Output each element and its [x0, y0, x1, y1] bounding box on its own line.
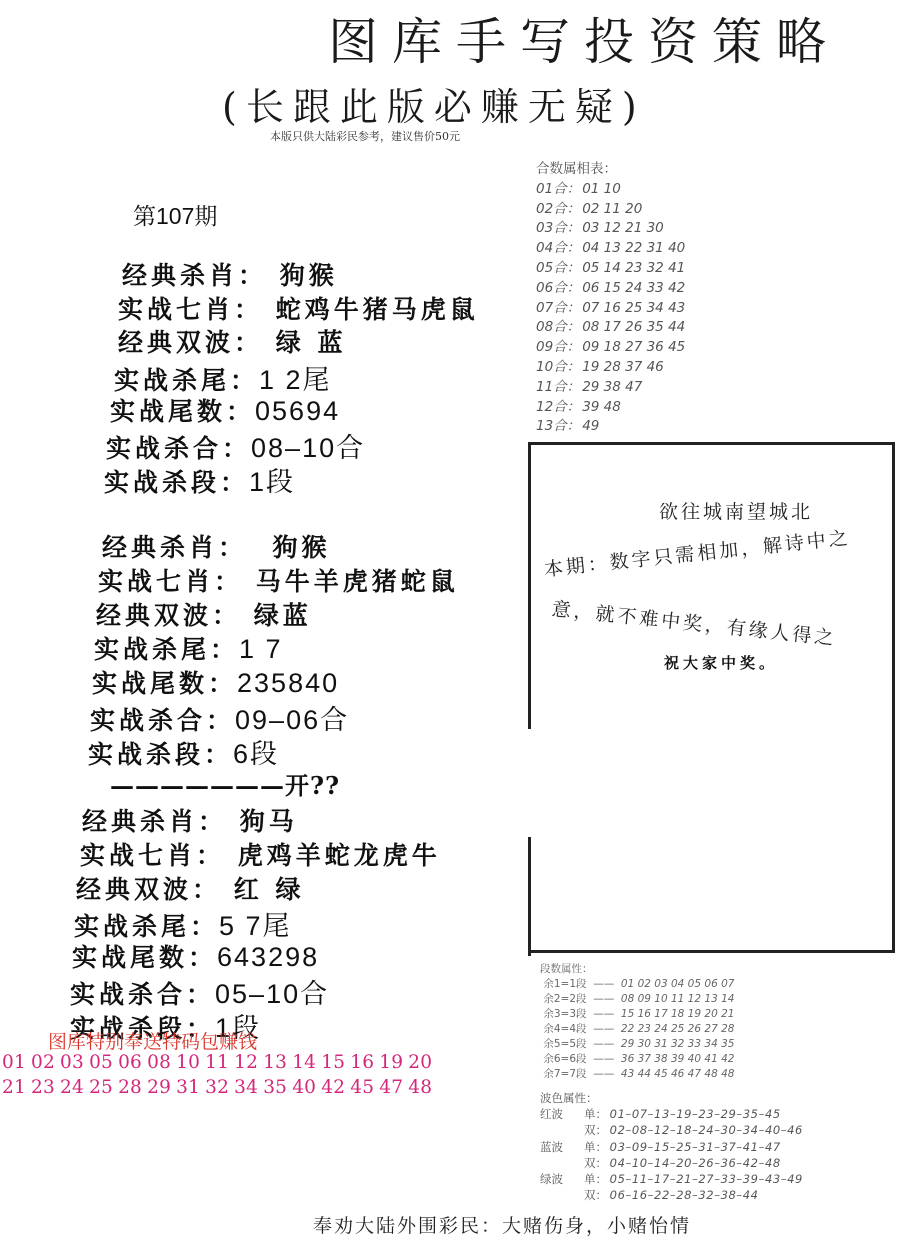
row-label: 实战杀合： [90, 706, 235, 735]
wave-row: 红波单： 01–07–13–19–23–29–35–45 [540, 1106, 803, 1122]
row-value: 1 2尾 [259, 365, 332, 395]
row-nums: 29 38 47 [582, 379, 642, 395]
row-label: 经典杀肖： [102, 533, 247, 562]
poem-line-1: 欲往城南望城北 [659, 497, 813, 524]
row-key: 余1=1段 [543, 978, 586, 990]
wave-type: 双： [584, 1187, 606, 1203]
row-nums: 03 12 21 30 [582, 220, 664, 236]
he-table-row: 01合：01 10 [536, 180, 687, 200]
block3-row-seven-zodiac: 实战七肖： 虎鸡羊蛇龙虎牛 [80, 836, 441, 872]
row-key: 余2=2段 [543, 993, 586, 1005]
wave-type: 单： [584, 1171, 606, 1187]
row-nums: 09 18 27 36 45 [582, 339, 685, 355]
segment-table: 段数属性： 余1=1段 —— 01 02 03 04 05 06 07 余2=2… [540, 962, 734, 1082]
row-nums: 08 09 10 11 12 13 14 [621, 993, 735, 1005]
block1-row-seven-zodiac: 实战七肖： 蛇鸡牛猪马虎鼠 [118, 290, 479, 326]
wave-type: 双： [584, 1122, 606, 1138]
row-label: 经典双波： [96, 601, 241, 630]
segment-table-title: 段数属性： [540, 962, 734, 977]
row-key: 12合： [536, 399, 580, 415]
row-sep: —— [593, 1068, 614, 1080]
row-nums: 08 17 26 35 44 [582, 319, 685, 335]
row-label: 实战杀合： [70, 980, 215, 1009]
row-key: 余6=6段 [543, 1053, 586, 1065]
segment-row: 余7=7段 —— 43 44 45 46 47 48 48 [540, 1067, 734, 1082]
promo-codes-line-2: 21 23 24 25 28 29 31 32 34 35 40 42 45 4… [2, 1077, 432, 1098]
promo-title: 图库特别奉送特码包赚钱 [48, 1027, 257, 1054]
he-table-row: 12合：39 48 [536, 398, 687, 418]
row-nums: 05 14 23 32 41 [582, 260, 685, 276]
row-value: 马牛羊虎猪蛇鼠 [256, 567, 459, 596]
he-table-row: 06合：06 15 24 33 42 [536, 279, 687, 299]
row-sep: —— [593, 1023, 614, 1035]
wave-row: 蓝波单： 03–09–15–25–31–37–41–47 [540, 1139, 803, 1155]
row-value: 1 7 [239, 634, 283, 664]
segment-row: 余1=1段 —— 01 02 03 04 05 06 07 [540, 977, 734, 992]
row-key: 06合： [536, 280, 580, 296]
block2-row-kill-zodiac: 经典杀肖： 狗猴 [102, 528, 330, 564]
wave-name: 蓝波 [540, 1139, 584, 1155]
row-label: 实战尾数： [92, 669, 237, 698]
row-value: 1段 [249, 467, 295, 497]
wave-type: 双： [584, 1155, 606, 1171]
row-nums: 01 02 03 04 05 06 07 [621, 978, 735, 990]
row-nums: 43 44 45 46 47 48 48 [621, 1068, 735, 1080]
row-value: 05–10合 [215, 979, 329, 1009]
disclaimer-text: 本版只供大陆彩民参考，建议售价50元 [270, 128, 460, 144]
row-value: 红 绿 [234, 875, 305, 904]
he-table-row: 11合：29 38 47 [536, 378, 687, 398]
block1-row-tail-numbers: 实战尾数：05694 [110, 392, 340, 428]
row-value: 09–06合 [235, 705, 349, 735]
row-nums: 15 16 17 18 19 20 21 [621, 1008, 735, 1020]
wave-nums: 06–16–22–28–32–38–44 [610, 1188, 759, 1202]
he-table-row: 07合：07 16 25 34 43 [536, 299, 687, 319]
poem-wish: 祝大家中奖。 [664, 652, 778, 673]
row-nums: 04 13 22 31 40 [582, 240, 685, 256]
row-label: 实战杀尾： [74, 912, 219, 941]
row-sep: —— [593, 1008, 614, 1020]
wave-nums: 02–08–12–18–24–30–34–40–46 [610, 1123, 803, 1137]
segment-row: 余4=4段 —— 22 23 24 25 26 27 28 [540, 1022, 734, 1037]
row-label: 实战七肖： [98, 567, 243, 596]
row-key: 09合： [536, 339, 580, 355]
block2-row-double-wave: 经典双波： 绿蓝 [96, 596, 312, 632]
row-key: 11合： [536, 379, 580, 395]
row-value: 绿 蓝 [276, 328, 347, 357]
row-nums: 07 16 25 34 43 [582, 300, 685, 316]
row-key: 08合： [536, 319, 580, 335]
row-key: 05合： [536, 260, 580, 276]
wave-nums: 04–10–14–20–26–36–42–48 [610, 1156, 781, 1170]
row-value: 6段 [233, 739, 279, 769]
row-key: 02合： [536, 201, 580, 217]
segment-row: 余5=5段 —— 29 30 31 32 33 34 35 [540, 1037, 734, 1052]
wave-row: 双： 02–08–12–18–24–30–34–40–46 [540, 1122, 803, 1138]
row-value: 狗猴 [272, 533, 330, 562]
row-nums: 49 [582, 418, 599, 434]
wave-name: 绿波 [540, 1171, 584, 1187]
row-value: 235840 [237, 668, 339, 698]
row-key: 余5=5段 [543, 1038, 586, 1050]
wave-type: 单： [584, 1106, 606, 1122]
row-label: 实战尾数： [110, 397, 255, 426]
block3-row-double-wave: 经典双波： 红 绿 [76, 870, 304, 906]
row-value: 绿蓝 [254, 601, 312, 630]
he-table-row: 13合：49 [536, 417, 687, 437]
box-left-border-bottom [528, 837, 531, 956]
row-nums: 39 48 [582, 399, 621, 415]
row-key: 余4=4段 [543, 1023, 586, 1035]
wave-type: 单： [584, 1139, 606, 1155]
row-key: 余7=7段 [543, 1068, 586, 1080]
row-value: 狗马 [240, 807, 298, 836]
row-label: 实战杀段： [104, 468, 249, 497]
row-label: 实战杀合： [106, 434, 251, 463]
he-number-table: 合数属相表： 01合：01 10 02合：02 11 20 03合：03 12 … [536, 160, 687, 437]
row-label: 经典双波： [118, 328, 263, 357]
wave-table-title: 波色属性： [540, 1090, 803, 1106]
segment-row: 余6=6段 —— 36 37 38 39 40 41 42 [540, 1052, 734, 1067]
row-key: 04合： [536, 240, 580, 256]
he-table-row: 05合：05 14 23 32 41 [536, 259, 687, 279]
block1-row-kill-zodiac: 经典杀肖： 狗猴 [122, 256, 338, 292]
page-title: 图库手写投资策略 [328, 2, 840, 74]
row-sep: —— [593, 993, 614, 1005]
block1-row-kill-segment: 实战杀段：1段 [104, 460, 295, 499]
wave-name: 红波 [540, 1106, 584, 1122]
row-key: 01合： [536, 181, 580, 197]
wave-color-table: 波色属性： 红波单： 01–07–13–19–23–29–35–45 双： 02… [540, 1090, 803, 1203]
promo-codes-line-1: 01 02 03 05 06 08 10 11 12 13 14 15 16 1… [2, 1052, 432, 1073]
row-value: 643298 [217, 942, 319, 972]
row-nums: 29 30 31 32 33 34 35 [621, 1038, 735, 1050]
result-line: ———————开?? [110, 766, 340, 801]
block1-row-double-wave: 经典双波： 绿 蓝 [118, 323, 346, 359]
he-table-title: 合数属相表： [536, 160, 687, 180]
block2-row-tail-numbers: 实战尾数：235840 [92, 664, 339, 700]
box-left-border-top [528, 442, 531, 729]
row-value: 05694 [255, 396, 340, 426]
row-label: 实战七肖： [80, 841, 225, 870]
block2-row-kill-tail: 实战杀尾：1 7 [94, 630, 283, 666]
row-label: 实战杀尾： [114, 366, 259, 395]
wave-nums: 03–09–15–25–31–37–41–47 [610, 1140, 781, 1154]
wave-row: 双： 06–16–22–28–32–38–44 [540, 1187, 803, 1203]
row-label: 实战杀段： [88, 740, 233, 769]
row-nums: 02 11 20 [582, 201, 642, 217]
row-value: 08–10合 [251, 433, 365, 463]
he-table-row: 08合：08 17 26 35 44 [536, 318, 687, 338]
he-table-row: 02合：02 11 20 [536, 200, 687, 220]
footer-advice: 奉劝大陆外围彩民：大赌伤身，小赌怡情 [313, 1211, 691, 1238]
row-key: 余3=3段 [543, 1008, 586, 1020]
block3-row-kill-zodiac: 经典杀肖： 狗马 [82, 802, 298, 838]
issue-number: 第107期 [133, 198, 217, 231]
row-label: 实战尾数： [72, 943, 217, 972]
row-sep: —— [593, 1038, 614, 1050]
segment-row: 余3=3段 —— 15 16 17 18 19 20 21 [540, 1007, 734, 1022]
wave-nums: 01–07–13–19–23–29–35–45 [610, 1107, 781, 1121]
he-table-row: 09合：09 18 27 36 45 [536, 338, 687, 358]
row-nums: 01 10 [582, 181, 621, 197]
he-table-row: 10合：19 28 37 46 [536, 358, 687, 378]
row-label: 实战杀尾： [94, 635, 239, 664]
row-value: 狗猴 [280, 261, 338, 290]
row-value: 蛇鸡牛猪马虎鼠 [276, 295, 479, 324]
row-value: 5 7尾 [219, 911, 292, 941]
row-nums: 22 23 24 25 26 27 28 [621, 1023, 735, 1035]
wave-nums: 05–11–17–21–27–33–39–43–49 [610, 1172, 803, 1186]
row-sep: —— [593, 978, 614, 990]
row-key: 03合： [536, 220, 580, 236]
block3-row-tail-numbers: 实战尾数：643298 [72, 938, 319, 974]
he-table-row: 03合：03 12 21 30 [536, 219, 687, 239]
row-value: 虎鸡羊蛇龙虎牛 [238, 841, 441, 870]
row-label: 经典杀肖： [82, 807, 227, 836]
he-table-row: 04合：04 13 22 31 40 [536, 239, 687, 259]
row-nums: 06 15 24 33 42 [582, 280, 685, 296]
row-key: 07合： [536, 300, 580, 316]
row-nums: 19 28 37 46 [582, 359, 664, 375]
row-key: 13合： [536, 418, 580, 434]
row-label: 经典杀肖： [122, 261, 267, 290]
segment-row: 余2=2段 —— 08 09 10 11 12 13 14 [540, 992, 734, 1007]
row-label: 经典双波： [76, 875, 221, 904]
wave-row: 双： 04–10–14–20–26–36–42–48 [540, 1155, 803, 1171]
row-key: 10合： [536, 359, 580, 375]
wave-row: 绿波单： 05–11–17–21–27–33–39–43–49 [540, 1171, 803, 1187]
row-nums: 36 37 38 39 40 41 42 [621, 1053, 735, 1065]
row-label: 实战七肖： [118, 295, 263, 324]
row-sep: —— [593, 1053, 614, 1065]
page-subtitle: (长跟此版必赚无疑) [222, 76, 646, 131]
block2-row-seven-zodiac: 实战七肖： 马牛羊虎猪蛇鼠 [98, 562, 459, 598]
